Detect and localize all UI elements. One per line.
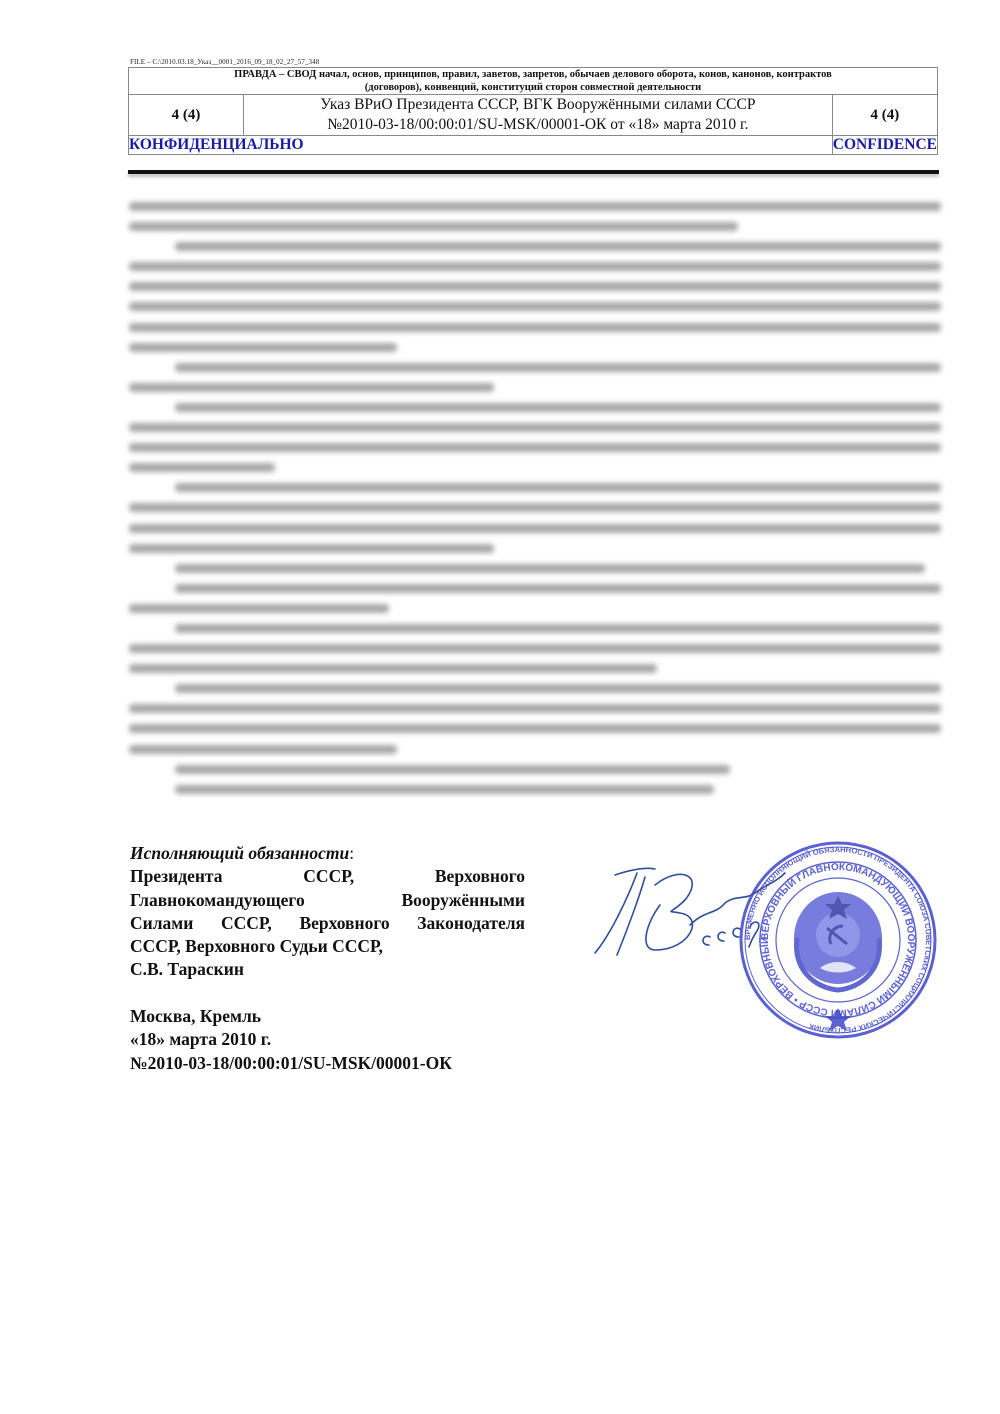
blurred-text-line	[129, 296, 941, 316]
signatory-role-label: Исполняющий обязанности:	[130, 842, 525, 865]
page-number-right: 4 (4)	[832, 95, 937, 136]
blurred-text-line	[129, 417, 941, 437]
closing-place: Москва, Кремль	[130, 1005, 452, 1028]
blurred-text-line	[129, 216, 941, 236]
blurred-text-line	[129, 397, 941, 417]
blurred-text-line	[129, 518, 941, 538]
blurred-text-line	[129, 558, 941, 578]
blurred-text-line	[129, 256, 941, 276]
blurred-text-line	[129, 457, 941, 477]
document-title: Указ ВРиО Президента СССР, ВГК Вооружённ…	[244, 95, 833, 136]
confidential-label-en: CONFIDENCE	[832, 136, 937, 155]
title-line-1: Указ ВРиО Президента СССР, ВГК Вооружённ…	[244, 95, 832, 115]
motto-line-1: ПРАВДА – СВОД начал, основ, принципов, п…	[129, 68, 937, 81]
blurred-text-line	[129, 497, 941, 517]
title-line-2: №2010-03-18/00:00:01/SU-MSK/00001-ОК от …	[244, 115, 832, 135]
file-path: FILE – C:\2010.03.18_Указ__0001_2016_09_…	[130, 58, 319, 66]
blurred-text-line	[129, 196, 941, 216]
signatory-name: С.В. Тараскин	[130, 958, 525, 981]
blurred-text-line	[129, 638, 941, 658]
header-motto: ПРАВДА – СВОД начал, основ, принципов, п…	[129, 68, 938, 95]
blurred-text-line	[129, 759, 941, 779]
blurred-text-line	[129, 718, 941, 738]
closing-number: №2010-03-18/00:00:01/SU-MSK/00001-ОК	[130, 1052, 452, 1075]
blurred-text-line	[129, 658, 941, 678]
blurred-text-line	[129, 538, 941, 558]
official-seal: ВРЕМЕННО ИСПОЛНЯЮЩИЙ ОБЯЗАННОСТИ ПРЕЗИДЕ…	[735, 840, 941, 1040]
blurred-text-line	[129, 698, 941, 718]
blurred-text-line	[129, 337, 941, 357]
signatory-title-line: СССР, Верховного Судьи СССР,	[130, 935, 525, 958]
closing-block: Москва, Кремль «18» марта 2010 г. №2010-…	[130, 1005, 452, 1075]
blurred-text-line	[129, 598, 941, 618]
blurred-text-line	[129, 317, 941, 337]
blurred-text-line	[129, 678, 941, 698]
motto-line-2: (договоров), конвенций, конституций стор…	[129, 81, 937, 94]
confidential-label-ru: КОНФИДЕНЦИАЛЬНО	[129, 136, 833, 155]
blurred-text-line	[129, 357, 941, 377]
blurred-text-line	[129, 477, 941, 497]
state-emblem-icon	[794, 892, 882, 990]
document-header: ПРАВДА – СВОД начал, основ, принципов, п…	[128, 67, 938, 155]
blurred-text-line	[129, 578, 941, 598]
blurred-text-line	[129, 377, 941, 397]
signatory-title-line: Главнокомандующего Вооружёнными	[130, 889, 525, 912]
blurred-text-line	[129, 437, 941, 457]
blurred-text-line	[129, 739, 941, 759]
header-rule	[128, 170, 939, 174]
blurred-text-line	[129, 779, 941, 799]
signatory-title-line: Президента СССР, Верховного	[130, 865, 525, 888]
blurred-text-line	[129, 276, 941, 296]
page-number-left: 4 (4)	[129, 95, 244, 136]
signatory-title-line: Силами СССР, Верховного Законодателя	[130, 912, 525, 935]
signature-block: Исполняющий обязанности: Президента СССР…	[130, 842, 525, 982]
document-body-blurred	[129, 196, 941, 799]
blurred-text-line	[129, 618, 941, 638]
closing-date: «18» марта 2010 г.	[130, 1028, 452, 1051]
blurred-text-line	[129, 236, 941, 256]
